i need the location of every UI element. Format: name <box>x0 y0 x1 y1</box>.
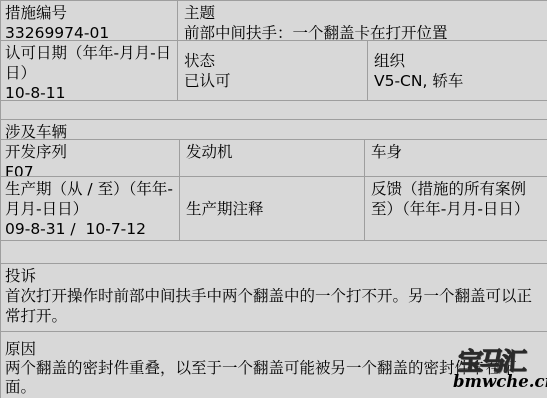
feedback-label: 反馈（措施的所有案例至）（年年-月月-日日） <box>371 179 543 219</box>
organization-value: V5-CN, 轿车 <box>374 71 543 91</box>
watermark-site-text: bmwche.cn <box>453 372 547 392</box>
body-label: 车身 <box>371 142 543 162</box>
measure-number-label: 措施编号 <box>5 3 173 23</box>
cell-subject: 主题 前部中间扶手：一个翻盖卡在打开位置 <box>177 1 547 40</box>
status-value: 已认可 <box>184 71 363 91</box>
section-gap <box>1 241 547 263</box>
cell-body: 车身 <box>364 140 547 176</box>
status-label: 状态 <box>184 51 363 71</box>
cell-engine: 发动机 <box>179 140 364 176</box>
vehicles-row-1: 开发序列 F07 发动机 车身 <box>1 140 547 177</box>
complaint-section: 投诉 首次打开操作时前部中间扶手中两个翻盖中的一个打不开。另一个翻盖可以正常打开… <box>1 263 547 331</box>
approval-date-value: 10-8-11 <box>5 83 173 100</box>
cell-status: 状态 已认可 <box>177 41 367 100</box>
cell-production-period: 生产期（从 / 至）（年年-月月-日日） 09-8-31 / 10-7-12 <box>1 177 179 240</box>
complaint-body: 首次打开操作时前部中间扶手中两个翻盖中的一个打不开。另一个翻盖可以正常打开。 <box>5 286 543 326</box>
production-period-label: 生产期（从 / 至）（年年-月月-日日） <box>5 179 175 219</box>
subject-value: 前部中间扶手：一个翻盖卡在打开位置 <box>184 23 543 40</box>
cell-feedback: 反馈（措施的所有案例至）（年年-月月-日日） <box>364 177 547 240</box>
vehicles-section-title: 涉及车辆 <box>1 120 71 139</box>
engine-label: 发动机 <box>186 142 360 162</box>
production-period-value: 09-8-31 / 10-7-12 <box>5 219 175 239</box>
header-row-2: 认可日期（年年-月月-日日） 10-8-11 状态 已认可 组织 V5-CN, … <box>1 41 547 101</box>
measure-number-value: 33269974-01 <box>5 23 173 40</box>
cell-measure-number: 措施编号 33269974-01 <box>1 1 177 40</box>
cell-organization: 组织 V5-CN, 轿车 <box>367 41 547 100</box>
section-gap <box>1 101 547 119</box>
production-note-label: 生产期注释 <box>186 199 360 219</box>
measure-document: 措施编号 33269974-01 主题 前部中间扶手：一个翻盖卡在打开位置 认可… <box>0 0 547 398</box>
dev-series-label: 开发序列 <box>5 142 175 162</box>
complaint-title: 投诉 <box>5 266 543 286</box>
header-row-1: 措施编号 33269974-01 主题 前部中间扶手：一个翻盖卡在打开位置 <box>1 1 547 41</box>
subject-label: 主题 <box>184 3 543 23</box>
vehicles-row-2: 生产期（从 / 至）（年年-月月-日日） 09-8-31 / 10-7-12 生… <box>1 177 547 241</box>
dev-series-value: F07 <box>5 162 175 176</box>
cell-approval-date: 认可日期（年年-月月-日日） 10-8-11 <box>1 41 177 100</box>
watermark-logo: 宝马汇 <box>457 348 525 375</box>
approval-date-label: 认可日期（年年-月月-日日） <box>5 43 173 83</box>
organization-label: 组织 <box>374 51 543 71</box>
vehicles-section-header: 涉及车辆 <box>1 119 547 140</box>
cell-production-note: 生产期注释 <box>179 177 364 240</box>
cell-dev-series: 开发序列 F07 <box>1 140 179 176</box>
